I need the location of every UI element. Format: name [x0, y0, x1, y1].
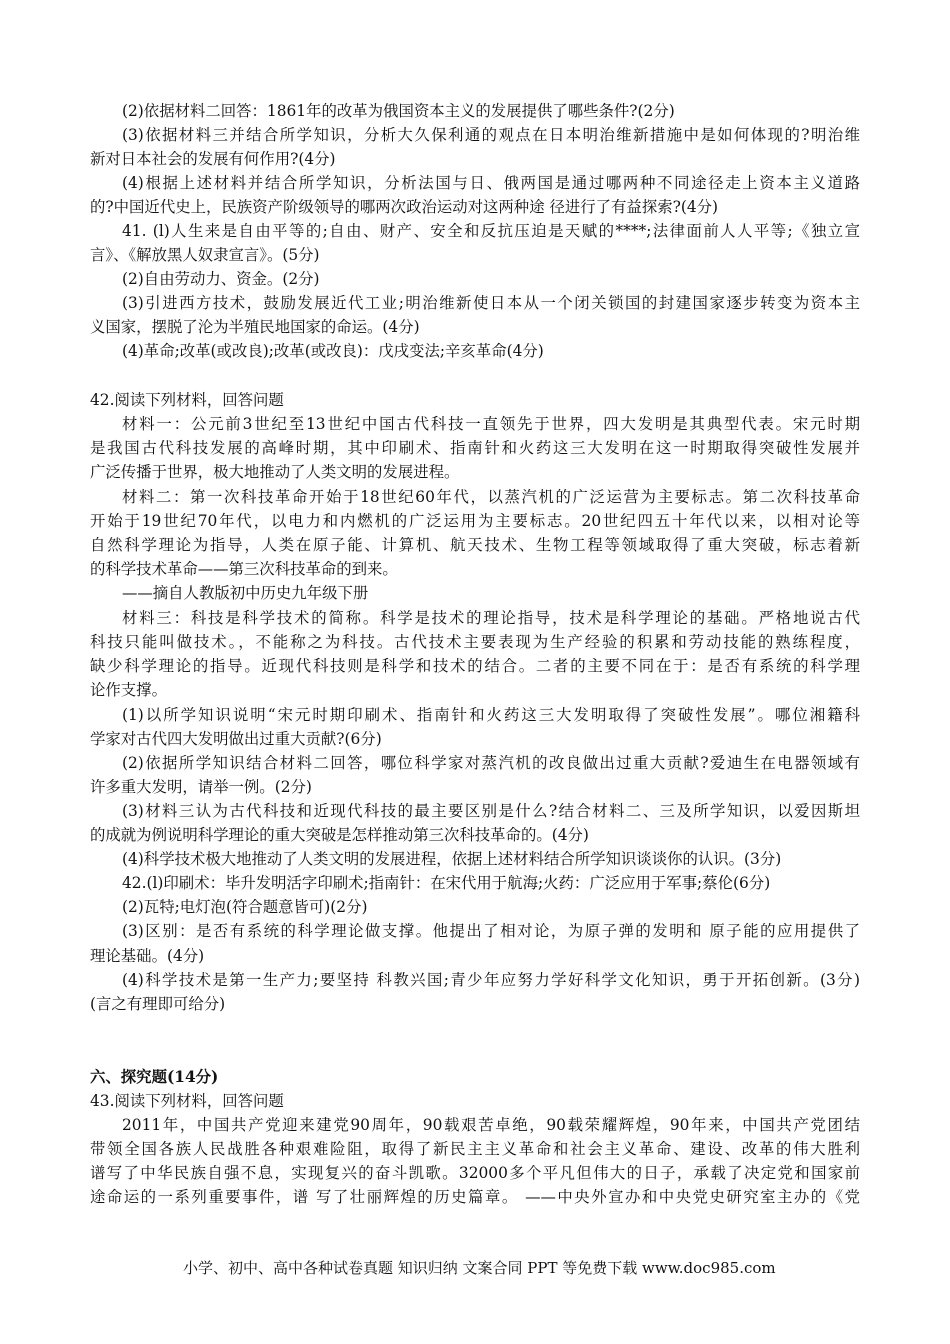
text-line: 材料三：科技是科学技术的简称。科学是技术的理论指导，技术是科学理论的基础。严格地…	[122, 606, 860, 630]
text-line: (2)依据所学知识结合材料二回答，哪位科学家对蒸汽机的改良做出过重大贡献?爱迪生…	[122, 751, 860, 775]
page-footer: 小学、初中、高中各种试卷真题 知识归纳 文案合同 PPT 等免费下载 www.d…	[183, 1256, 773, 1280]
text-line: 许多重大发明，请举一例。(2分)	[90, 775, 860, 799]
text-line: (4)科学技术是第一生产力;要坚持 科教兴国;青少年应努力学好科学文化知识，勇于…	[122, 968, 860, 992]
text-line: 42.阅读下列材料，回答问题	[90, 388, 860, 412]
text-line: 带领全国各族人民战胜各种艰难险阻，取得了新民主主义革命和社会主义革命、建设、改革…	[90, 1137, 860, 1161]
text-line: 新对日本社会的发展有何作用?(4分)	[90, 147, 860, 171]
text-line: 途命运的一系列重要事件，谱 写了壮丽辉煌的历史篇章。 ——中央外宣办和中央党史研…	[90, 1185, 860, 1209]
text-line: (2)瓦特;电灯泡(符合题意皆可)(2分)	[122, 895, 860, 919]
text-line: 的?中国近代史上，民族资产阶级领导的哪两次政治运动对这两种途 径进行了有益探索?…	[90, 195, 860, 219]
text-line: (3)区别：是否有系统的科学理论做支撑。他提出了相对论，为原子弹的发明和 原子能…	[122, 919, 860, 943]
text-line: 材料二：第一次科技革命开始于18世纪60年代，以蒸汽机的广泛运营为主要标志。第二…	[122, 485, 860, 509]
text-line: 的成就为例说明科学理论的重大突破是怎样推动第三次科技革命的。(4分)	[90, 823, 860, 847]
document-page: (2)依据材料二回答：1861年的改革为俄国资本主义的发展提供了哪些条件?(2分…	[0, 0, 950, 1344]
text-line: 的科学技术革命——第三次科技革命的到来。	[90, 557, 860, 581]
text-line: 41. (l)人生来是自由平等的;自由、财产、安全和反抗压迫是天赋的****;法…	[122, 219, 860, 243]
text-line: (3)引进西方技术，鼓励发展近代工业;明治维新使日本从一个闭关锁国的封建国家逐步…	[122, 291, 860, 315]
text-line: 缺少科学理论的指导。近现代科技则是科学和技术的结合。二者的主要不同在于：是否有系…	[90, 654, 860, 678]
text-line: 开始于19世纪70年代，以电力和内燃机的广泛运用为主要标志。20世纪四五十年代以…	[90, 509, 860, 533]
text-line: (言之有理即可给分)	[90, 992, 860, 1016]
text-line: 材料一：公元前3世纪至13世纪中国古代科技一直领先于世界，四大发明是其典型代表。…	[122, 412, 860, 436]
text-line: (4)根据上述材料并结合所学知识，分析法国与日、俄两国是通过哪两种不同途径走上资…	[122, 171, 860, 195]
text-line: 自然科学理论为指导，人类在原子能、计算机、航天技术、生物工程等领域取得了重大突破…	[90, 533, 860, 557]
text-line: (1)以所学知识说明“宋元时期印刷术、指南针和火药这三大发明取得了突破性发展”。…	[122, 703, 860, 727]
text-line: (3)依据材料三并结合所学知识，分析大久保利通的观点在日本明治维新措施中是如何体…	[122, 123, 860, 147]
text-line: 学家对古代四大发明做出过重大贡献?(6分)	[90, 727, 860, 751]
text-line: 言》、《解放黑人奴隶宣言》。(5分)	[90, 243, 860, 267]
text-line: 谱写了中华民族自强不息，实现复兴的奋斗凯歌。32000多个平凡但伟大的日子，承载…	[90, 1161, 860, 1185]
text-line: 理论基础。(4分)	[90, 944, 860, 968]
text-line: (4)革命;改革(或改良);改革(或改良)：戊戌变法;辛亥革命(4分)	[122, 339, 860, 363]
text-line: 广泛传播于世界，极大地推动了人类文明的发展进程。	[90, 460, 860, 484]
text-line: 是我国古代科技发展的高峰时期，其中印刷术、指南针和火药这三大发明在这一时期取得突…	[90, 436, 860, 460]
section-heading: 六、探究题(14分)	[90, 1065, 860, 1089]
text-line: 义国家，摆脱了沦为半殖民地国家的命运。(4分)	[90, 315, 860, 339]
text-line: (3)材料三认为古代科技和近现代科技的最主要区别是什么?结合材料二、三及所学知识…	[122, 799, 860, 823]
text-line: (4)科学技术极大地推动了人类文明的发展进程，依据上述材料结合所学知识谈谈你的认…	[122, 847, 860, 871]
text-line: 42.(l)印刷术：毕升发明活字印刷术;指南针：在宋代用于航海;火药：广泛应用于…	[122, 871, 860, 895]
text-line: ——摘自人教版初中历史九年级下册	[122, 581, 860, 605]
text-line: (2)依据材料二回答：1861年的改革为俄国资本主义的发展提供了哪些条件?(2分…	[122, 99, 860, 123]
text-line: 43.阅读下列材料，回答问题	[90, 1089, 860, 1113]
text-line: (2)自由劳动力、资金。(2分)	[122, 267, 860, 291]
text-line: 论作支撑。	[90, 678, 860, 702]
text-line: 2011年，中国共产党迎来建党90周年，90载艰苦卓绝，90载荣耀辉煌，90年来…	[122, 1113, 860, 1137]
text-line: 科技只能叫做技术。，不能称之为科技。古代技术主要表现为生产经验的积累和劳动技能的…	[90, 630, 860, 654]
